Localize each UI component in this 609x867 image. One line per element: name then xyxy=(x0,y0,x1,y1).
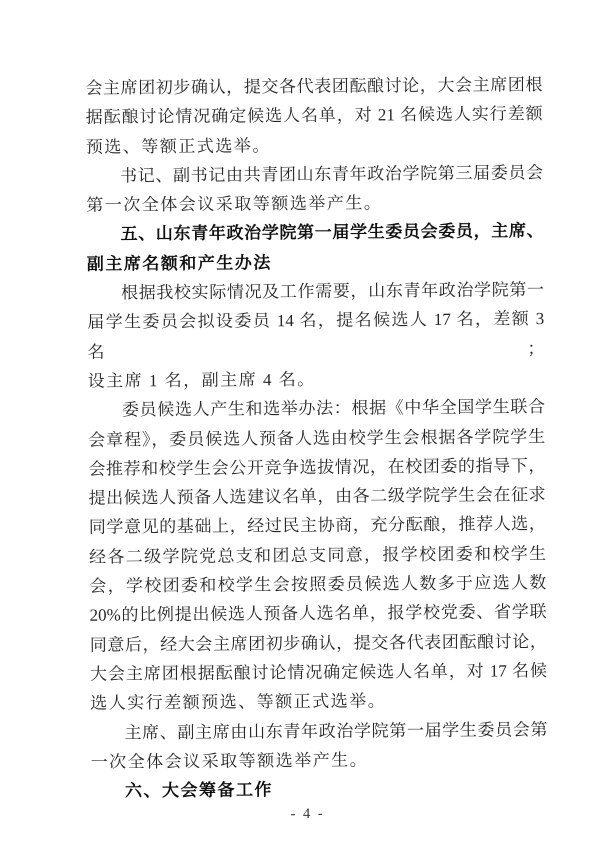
text-line: 书记、副书记由共青团山东青年政治学院第三届委员会 xyxy=(86,158,543,191)
text-line: 一次全体会议采取等额选举产生。 xyxy=(91,744,548,777)
scanned-content: 会主席团初步确认，提交各代表团酝酿讨论，大会主席团根 据酝酿讨论情况确定候选人名… xyxy=(0,0,609,867)
section-heading-five: 五、山东青年政治学院第一届学生委员会委员，主席、 xyxy=(86,217,543,250)
text-line: 会，学校团委和校学生会按照委员候选人数多于应选人数 xyxy=(89,568,546,601)
document-page: 会主席团初步确认，提交各代表团酝酿讨论，大会主席团根 据酝酿讨论情况确定候选人名… xyxy=(0,0,609,867)
text-line: 20%的比例提出候选人预备人选名单，报学校党委、省学联 xyxy=(89,597,546,630)
text-line: 会推荐和校学生会公开竞争选拔情况，在校团委的指导下， xyxy=(88,451,545,484)
text-line: 委员候选人产生和选举办法：根据《中华全国学生联合 xyxy=(88,392,545,425)
text-line: 主席、副主席由山东青年政治学院第一届学生委员会第 xyxy=(90,715,547,748)
text-line: 据酝酿讨论情况确定候选人名单，对 21 名候选人实行差额 xyxy=(86,99,543,132)
text-line: 根据我校实际情况及工作需要，山东青年政治学院第一 xyxy=(87,275,544,308)
text-line: 选人实行差额预选、等额正式选举。 xyxy=(90,685,547,718)
text-line: 经各二级学院党总支和团总支同意，报学校团委和校学生 xyxy=(89,539,546,572)
section-heading-five-cont: 副主席名额和产生办法 xyxy=(87,246,544,279)
text-line: 设主席 1 名，副主席 4 名。 xyxy=(88,363,545,396)
section-heading-six: 六、大会筹备工作 xyxy=(91,773,548,806)
text-line: 会主席团初步确认，提交各代表团酝酿讨论，大会主席团根 xyxy=(85,70,542,103)
text-line: 第一次全体会议采取等额选举产生。 xyxy=(86,187,543,220)
text-line: 大会主席团根据酝酿讨论情况确定候选人名单，对 17 名候 xyxy=(90,656,547,689)
text-line: 预选、等额正式选举。 xyxy=(86,129,543,162)
document-text-block: 会主席团初步确认，提交各代表团酝酿讨论，大会主席团根 据酝酿讨论情况确定候选人名… xyxy=(85,70,548,806)
text-line: 届学生委员会拟设委员 14 名，提名候选人 17 名，差额 3 名； xyxy=(87,304,544,366)
text-line: 同学意见的基础上，经过民主协商，充分酝酿，推荐人选， xyxy=(89,510,546,543)
text-line: 会章程》，委员候选人预备人选由校学生会根据各学院学生 xyxy=(88,422,545,455)
text-line: 提出候选人预备人选建议名单，由各二级学院学生会在征求 xyxy=(89,480,546,513)
page-number: - 4 - xyxy=(3,804,609,826)
text-line: 同意后，经大会主席团初步确认，提交各代表团酝酿讨论， xyxy=(90,627,547,660)
